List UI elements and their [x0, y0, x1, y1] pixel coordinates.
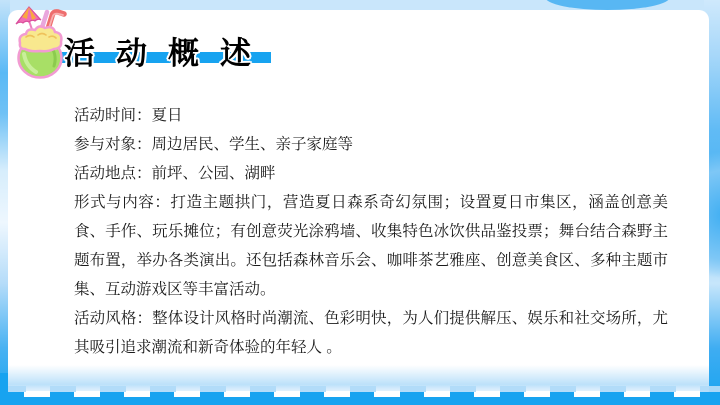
page-title: 活动概述	[64, 28, 272, 73]
body-paragraph: 参与对象：周边居民、学生、亲子家庭等	[74, 130, 668, 159]
frame-top-arc	[545, 0, 670, 10]
bottom-left-corner-accent	[0, 373, 8, 399]
body-paragraph: 活动风格：整体设计风格时尚潮流、色彩明快，为人们提供解压、娱乐和社交场所，尤其吸…	[74, 304, 668, 362]
body-paragraph: 形式与内容：打造主题拱门，营造夏日森系奇幻氛围；设置夏日市集区，涵盖创意美食、手…	[74, 188, 668, 304]
body-paragraph: 活动地点：前坪、公园、湖畔	[74, 159, 668, 188]
bottom-blue-bar	[0, 397, 720, 405]
slide: 活动概述 活动时间：夏日 参与对象：周边居民、学生、亲子家庭等 活动地	[0, 0, 720, 405]
body-text-block: 活动时间：夏日 参与对象：周边居民、学生、亲子家庭等 活动地点：前坪、公园、湖畔…	[74, 101, 668, 362]
body-paragraph: 活动时间：夏日	[74, 101, 668, 130]
coconut-drink-icon	[14, 4, 68, 85]
